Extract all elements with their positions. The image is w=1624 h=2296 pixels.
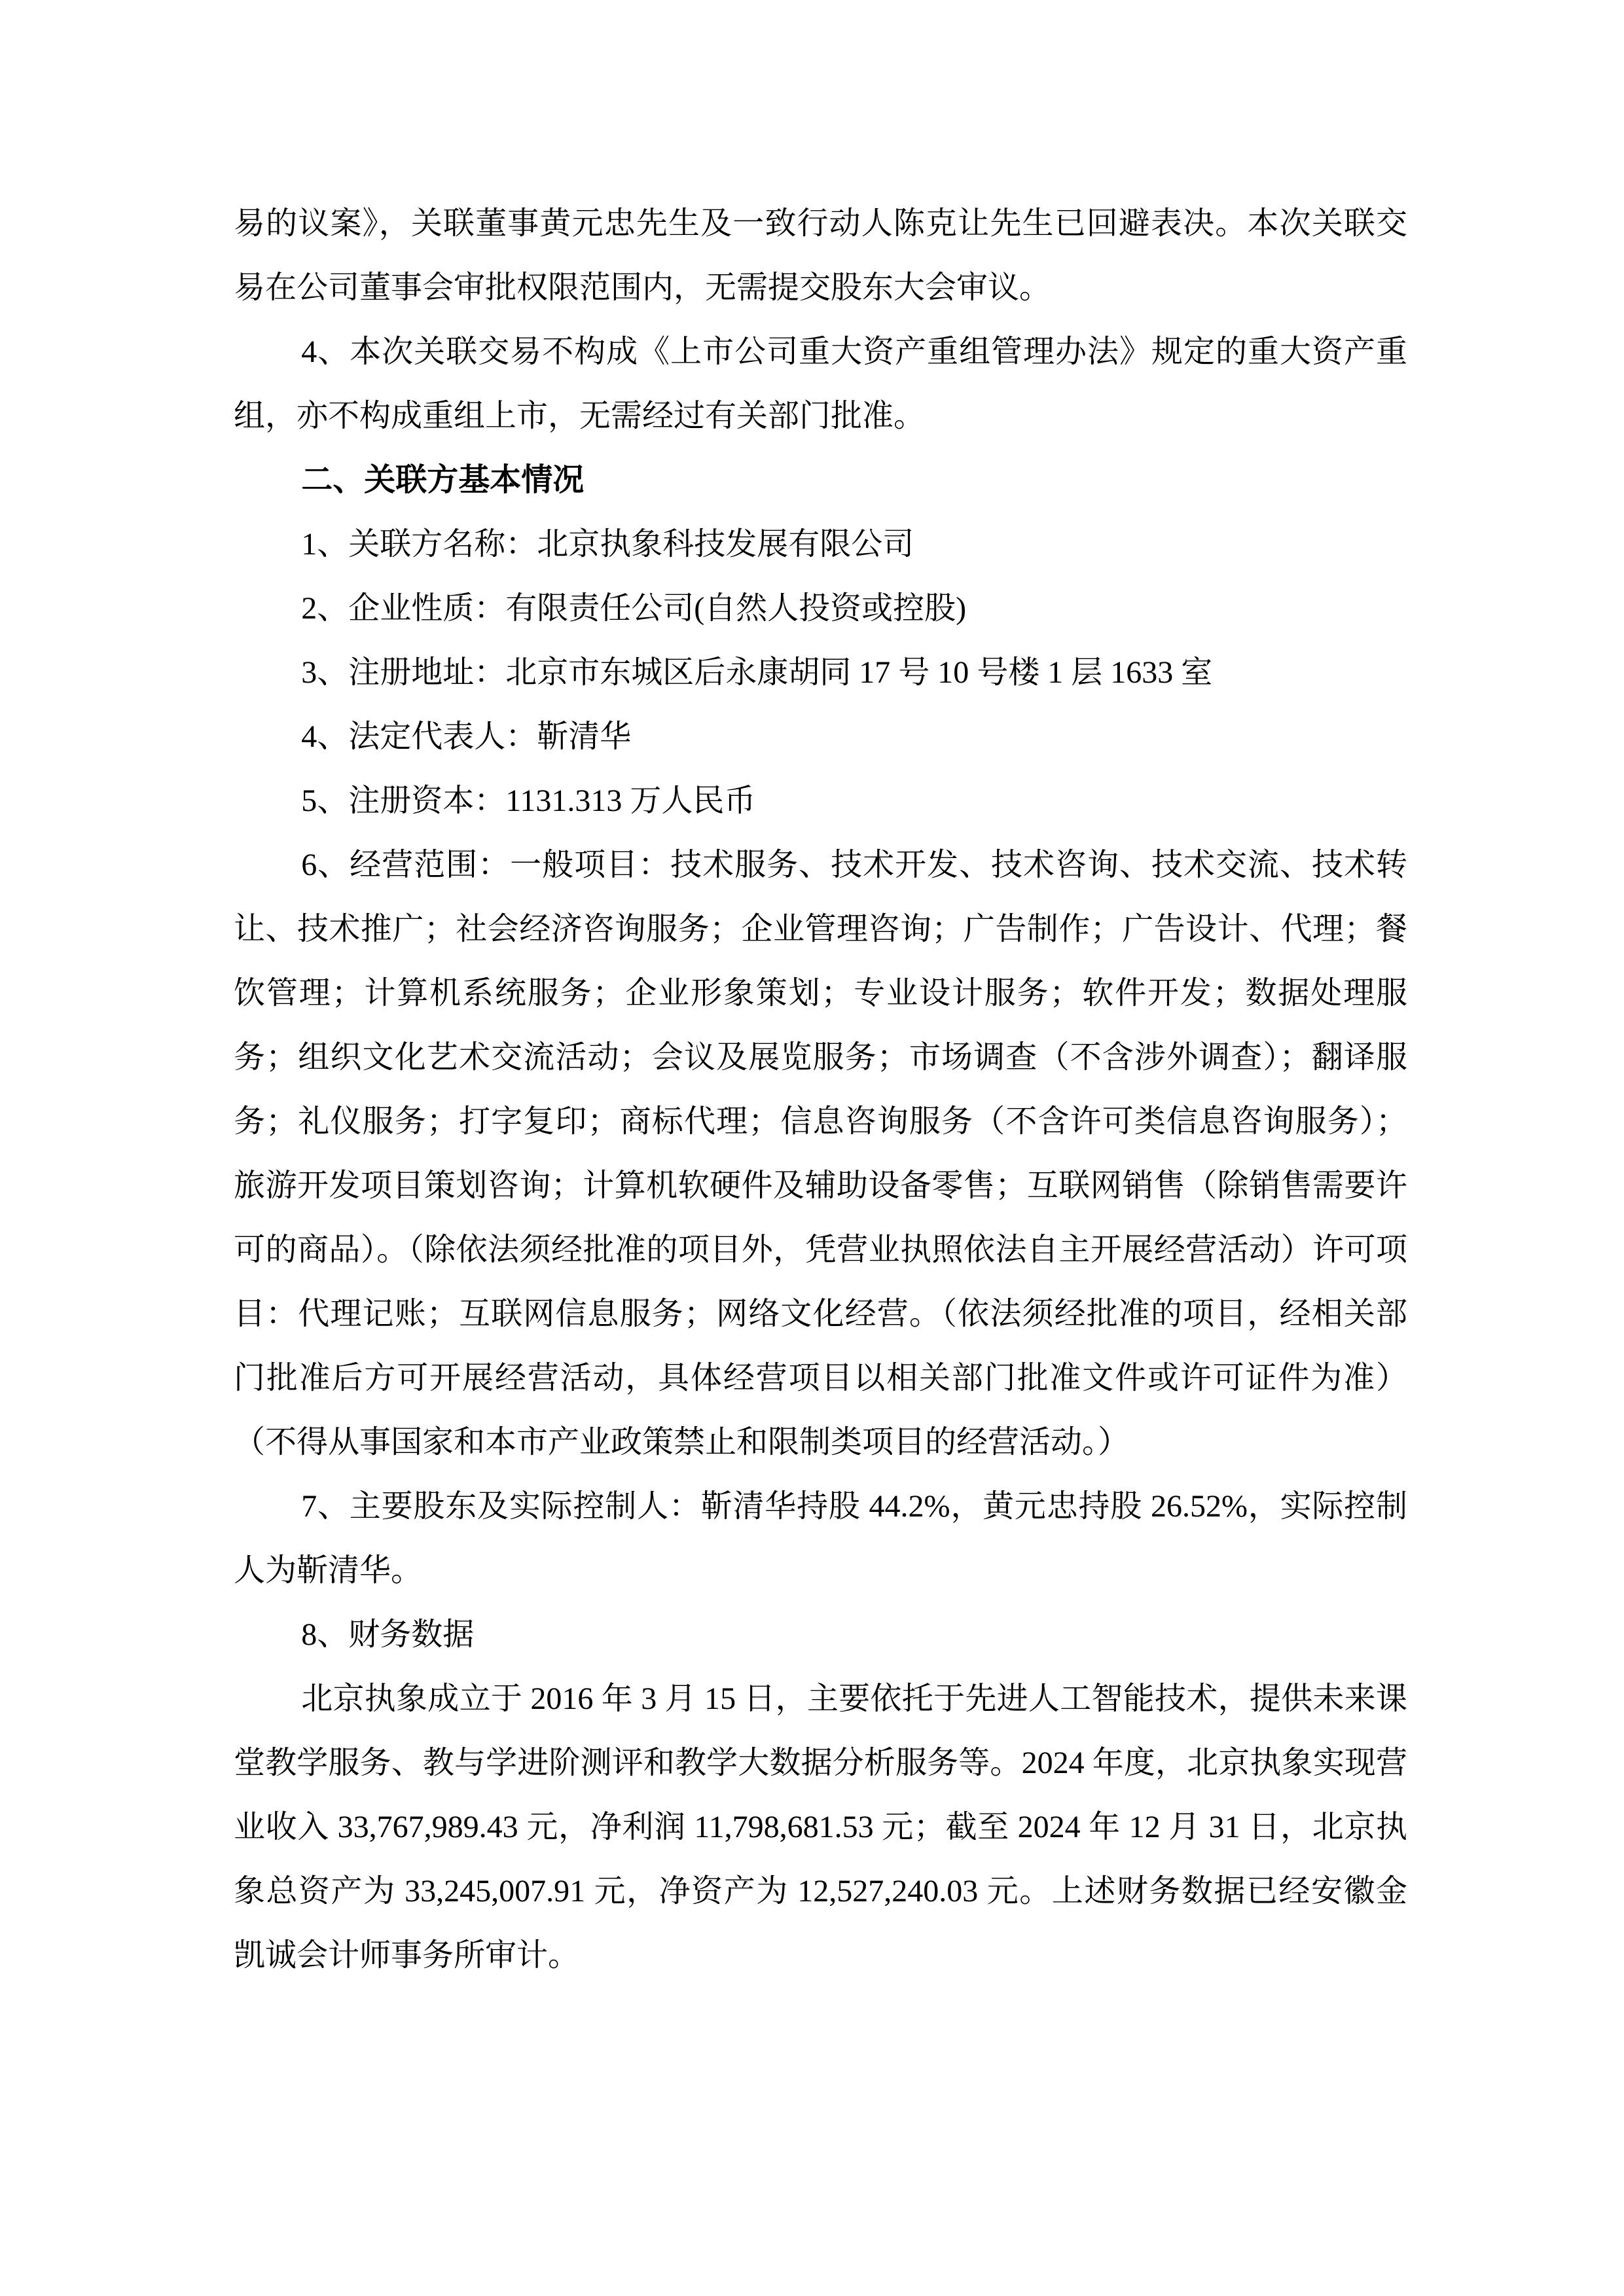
paragraph: 4、本次关联交易不构成《上市公司重大资产重组管理办法》规定的重大资产重组，亦不构… [234,320,1407,448]
paragraph: 5、注册资本：1131.313 万人民币 [234,769,1407,833]
paragraph: 北京执象成立于 2016 年 3 月 15 日，主要依托于先进人工智能技术，提供… [234,1667,1407,1988]
paragraph: 1、关联方名称：北京执象科技发展有限公司 [234,512,1407,577]
paragraph: 4、法定代表人：靳清华 [234,705,1407,769]
paragraph: 易的议案》，关联董事黄元忠先生及一致行动人陈克让先生已回避表决。本次关联交易在公… [234,192,1407,320]
document-page: 易的议案》，关联董事黄元忠先生及一致行动人陈克让先生已回避表决。本次关联交易在公… [0,0,1624,2296]
paragraph: 3、注册地址：北京市东城区后永康胡同 17 号 10 号楼 1 层 1633 室 [234,641,1407,705]
paragraph: 6、经营范围：一般项目：技术服务、技术开发、技术咨询、技术交流、技术转让、技术推… [234,833,1407,1475]
document-body: 易的议案》，关联董事黄元忠先生及一致行动人陈克让先生已回避表决。本次关联交易在公… [234,192,1407,1988]
paragraph: 2、企业性质：有限责任公司(自然人投资或控股) [234,577,1407,641]
paragraph: 7、主要股东及实际控制人：靳清华持股 44.2%，黄元忠持股 26.52%，实际… [234,1475,1407,1603]
paragraph: 8、财务数据 [234,1603,1407,1667]
section-heading: 二、关联方基本情况 [234,448,1407,512]
